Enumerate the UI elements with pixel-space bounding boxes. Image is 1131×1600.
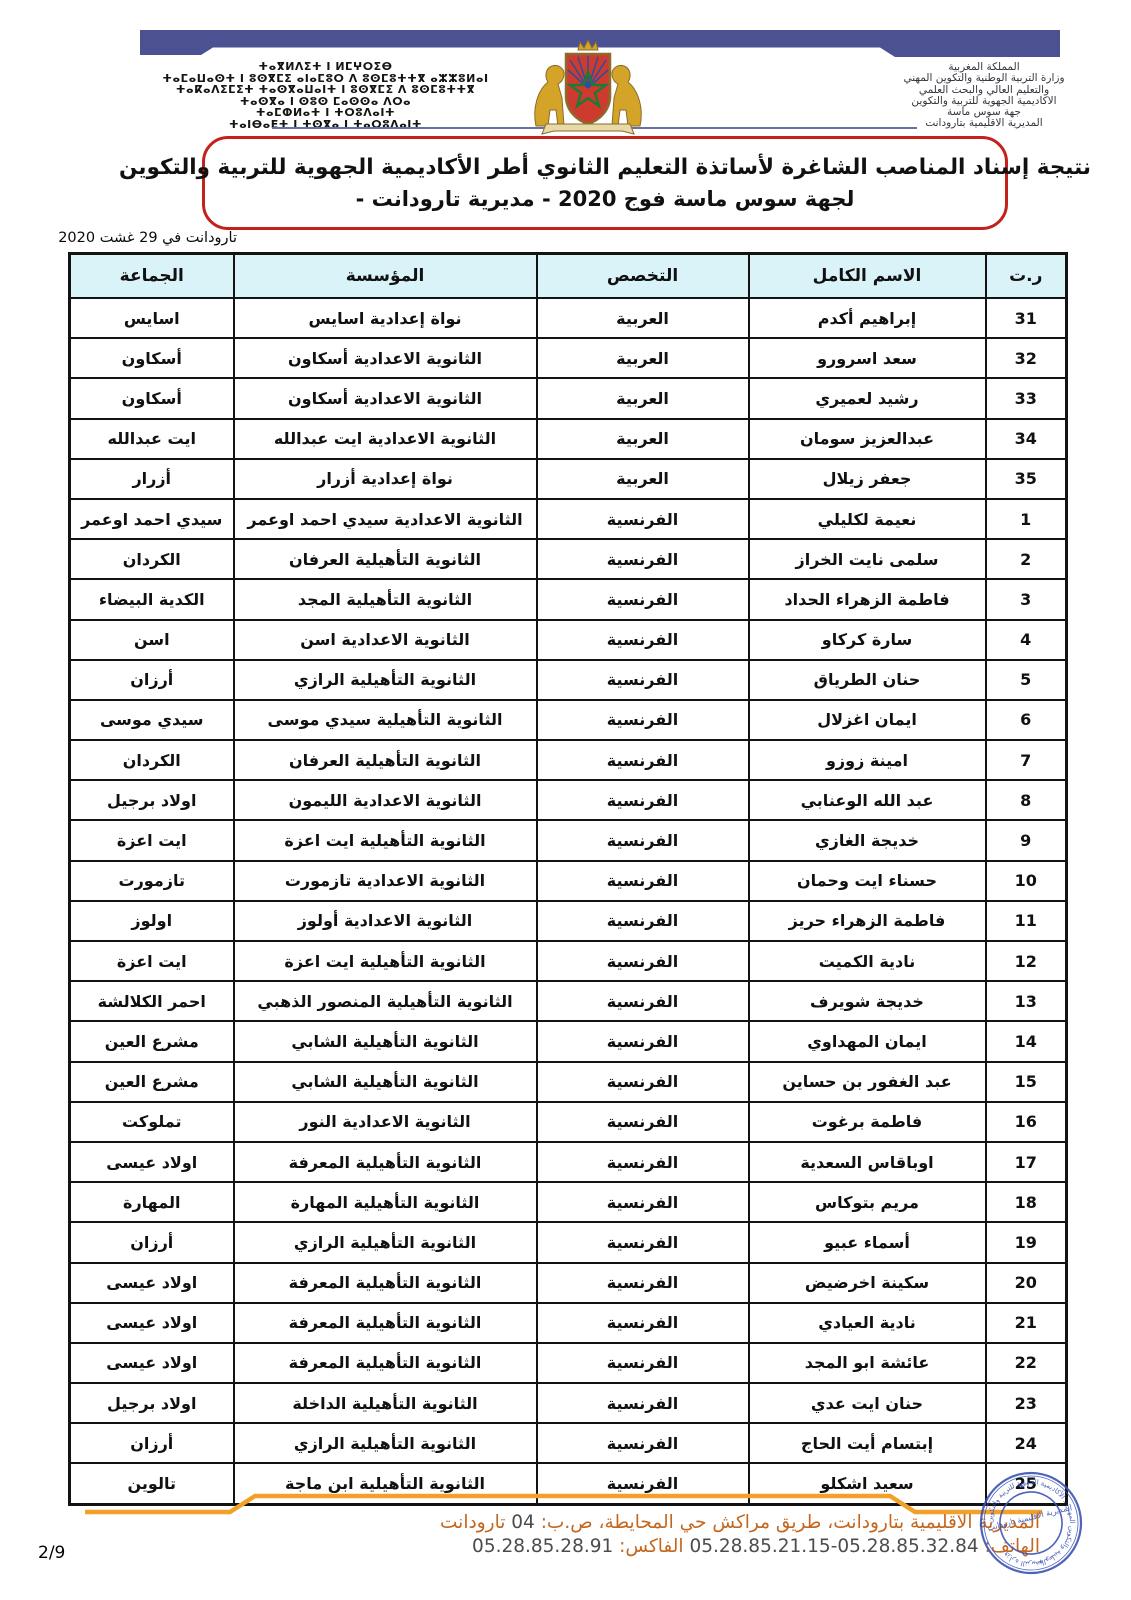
cell-specialty: الفرنسية bbox=[537, 1343, 749, 1383]
cell-num: 11 bbox=[986, 901, 1067, 941]
cell-commune: اولاد برجيل bbox=[70, 1383, 234, 1423]
table-row: 34عبدالعزيز سومانالعربيةالثانوية الاعداد… bbox=[70, 419, 1067, 459]
table-row: 11فاطمة الزهراء حريزالفرنسيةالثانوية الا… bbox=[70, 901, 1067, 941]
cell-commune: اولاد عيسى bbox=[70, 1303, 234, 1343]
cell-institution: الثانوية التأهيلية ايت اعزة bbox=[234, 941, 537, 981]
cell-commune: أسكاون bbox=[70, 338, 234, 378]
footer-box-number: 04 bbox=[511, 1512, 535, 1533]
footer-fax-label: الفاكس: bbox=[619, 1536, 683, 1557]
cell-name: إبتسام أيت الحاج bbox=[749, 1423, 986, 1463]
table-row: 5حنان الطرياقالفرنسيةالثانوية التأهيلية … bbox=[70, 660, 1067, 700]
cell-specialty: الفرنسية bbox=[537, 861, 749, 901]
cell-commune: الكدية البيضاء bbox=[70, 579, 234, 619]
cell-commune: ايت اعزة bbox=[70, 941, 234, 981]
cell-specialty: الفرنسية bbox=[537, 1383, 749, 1423]
table-row: 24إبتسام أيت الحاجالفرنسيةالثانوية التأه… bbox=[70, 1423, 1067, 1463]
table-row: 8عبد الله الوعنابيالفرنسيةالثانوية الاعد… bbox=[70, 780, 1067, 820]
cell-num: 3 bbox=[986, 579, 1067, 619]
cell-num: 7 bbox=[986, 740, 1067, 780]
cell-num: 5 bbox=[986, 660, 1067, 700]
cell-institution: الثانوية الاعدادية اسن bbox=[234, 620, 537, 660]
cell-name: جعفر زيلال bbox=[749, 459, 986, 499]
cell-institution: الثانوية التأهيلية الرازي bbox=[234, 660, 537, 700]
table-row: 20سكينة اخرضيضالفرنسيةالثانوية التأهيلية… bbox=[70, 1263, 1067, 1303]
cell-specialty: العربية bbox=[537, 419, 749, 459]
cell-num: 4 bbox=[986, 620, 1067, 660]
cell-commune: اسايس bbox=[70, 298, 234, 338]
cell-institution: الثانوية الاعدادية أسكاون bbox=[234, 378, 537, 418]
table-row: 3فاطمة الزهراء الحدادالفرنسيةالثانوية ال… bbox=[70, 579, 1067, 619]
cell-name: حنان ايت عدي bbox=[749, 1383, 986, 1423]
table-row: 17اوباقاس السعديةالفرنسيةالثانوية التأهي… bbox=[70, 1142, 1067, 1182]
cell-num: 33 bbox=[986, 378, 1067, 418]
cell-name: أسماء عبيو bbox=[749, 1222, 986, 1262]
cell-institution: الثانوية الاعدادية ايت عبدالله bbox=[234, 419, 537, 459]
table-row: 13خديجة شويرفالفرنسيةالثانوية التأهيلية … bbox=[70, 981, 1067, 1021]
table-row: 9خديجة الغازيالفرنسيةالثانوية التأهيلية … bbox=[70, 820, 1067, 860]
footer-line-shape bbox=[85, 1496, 1042, 1512]
cell-num: 10 bbox=[986, 861, 1067, 901]
cell-name: فاطمة برغوت bbox=[749, 1102, 986, 1142]
cell-num: 6 bbox=[986, 700, 1067, 740]
cell-institution: الثانوية التأهيلية المعرفة bbox=[234, 1142, 537, 1182]
cell-num: 34 bbox=[986, 419, 1067, 459]
cell-name: عبد الغفور بن حساين bbox=[749, 1062, 986, 1102]
column-header-specialty: التخصص bbox=[537, 254, 749, 299]
column-header-fullname: الاسم الكامل bbox=[749, 254, 986, 299]
cell-name: حسناء ايت وحمان bbox=[749, 861, 986, 901]
cell-institution: الثانوية التأهيلية الشابي bbox=[234, 1062, 537, 1102]
cell-num: 16 bbox=[986, 1102, 1067, 1142]
cell-specialty: الفرنسية bbox=[537, 700, 749, 740]
cell-name: سلمى نايت الخراز bbox=[749, 539, 986, 579]
cell-commune: احمر الكلالشة bbox=[70, 981, 234, 1021]
table-row: 18مريم بتوكاسالفرنسيةالثانوية التأهيلية … bbox=[70, 1182, 1067, 1222]
table-header-row: ر.ت الاسم الكامل التخصص المؤسسة الجماعة bbox=[70, 254, 1067, 299]
table-row: 7امينة زوزوالفرنسيةالثانوية التأهيلية ال… bbox=[70, 740, 1067, 780]
table-row: 33رشيد لعميريالعربيةالثانوية الاعدادية أ… bbox=[70, 378, 1067, 418]
results-table-body: 31إبراهيم أكدمالعربيةنواة إعدادية اسايسا… bbox=[70, 298, 1067, 1504]
cell-specialty: الفرنسية bbox=[537, 1222, 749, 1262]
cell-commune: أسكاون bbox=[70, 378, 234, 418]
cell-commune: ايت عبدالله bbox=[70, 419, 234, 459]
cell-num: 24 bbox=[986, 1423, 1067, 1463]
cell-commune: الكردان bbox=[70, 740, 234, 780]
table-row: 16فاطمة برغوتالفرنسيةالثانوية الاعدادية … bbox=[70, 1102, 1067, 1142]
cell-commune: أرزان bbox=[70, 660, 234, 700]
footer-address-text: المديرية الاقليمية بتارودانت، طريق مراكش… bbox=[541, 1512, 1040, 1533]
cell-name: خديجة الغازي bbox=[749, 820, 986, 860]
cell-num: 23 bbox=[986, 1383, 1067, 1423]
cell-commune: ايت اعزة bbox=[70, 820, 234, 860]
table-row: 15عبد الغفور بن حساينالفرنسيةالثانوية ال… bbox=[70, 1062, 1067, 1102]
cell-specialty: الفرنسية bbox=[537, 941, 749, 981]
column-header-number: ر.ت bbox=[986, 254, 1067, 299]
cell-commune: مشرع العين bbox=[70, 1021, 234, 1061]
table-row: 4سارة كركاوالفرنسيةالثانوية الاعدادية اس… bbox=[70, 620, 1067, 660]
table-row: 35جعفر زيلالالعربيةنواة إعدادية أزرارأزر… bbox=[70, 459, 1067, 499]
cell-num: 31 bbox=[986, 298, 1067, 338]
cell-institution: الثانوية التأهيلية الداخلة bbox=[234, 1383, 537, 1423]
table-row: 12نادية الكميتالفرنسيةالثانوية التأهيلية… bbox=[70, 941, 1067, 981]
cell-commune: المهارة bbox=[70, 1182, 234, 1222]
cell-commune: مشرع العين bbox=[70, 1062, 234, 1102]
cell-num: 32 bbox=[986, 338, 1067, 378]
cell-specialty: الفرنسية bbox=[537, 780, 749, 820]
table-row: 23حنان ايت عديالفرنسيةالثانوية التأهيلية… bbox=[70, 1383, 1067, 1423]
cell-institution: نواة إعدادية اسايس bbox=[234, 298, 537, 338]
cell-specialty: العربية bbox=[537, 378, 749, 418]
cell-institution: نواة إعدادية أزرار bbox=[234, 459, 537, 499]
footer-address-city: تارودانت bbox=[440, 1512, 505, 1533]
cell-commune: أرزان bbox=[70, 1423, 234, 1463]
cell-commune: الكردان bbox=[70, 539, 234, 579]
cell-commune: سيدي احمد اوعمر bbox=[70, 499, 234, 539]
arabic-header-line: وزارة التربية الوطنية والتكوين المهني bbox=[845, 73, 1123, 84]
cell-specialty: الفرنسية bbox=[537, 539, 749, 579]
cell-commune: سيدي موسى bbox=[70, 700, 234, 740]
cell-name: فاطمة الزهراء الحداد bbox=[749, 579, 986, 619]
footer-phone-numbers: 05.28.85.32.84-05.28.85.21.15 bbox=[689, 1536, 978, 1557]
cell-num: 2 bbox=[986, 539, 1067, 579]
cell-specialty: الفرنسية bbox=[537, 1142, 749, 1182]
cell-specialty: الفرنسية bbox=[537, 660, 749, 700]
cell-institution: الثانوية الاعدادية الليمون bbox=[234, 780, 537, 820]
cell-institution: الثانوية التأهيلية الرازي bbox=[234, 1423, 537, 1463]
cell-specialty: الفرنسية bbox=[537, 1263, 749, 1303]
cell-institution: الثانوية التأهيلية الشابي bbox=[234, 1021, 537, 1061]
document-title-box: نتيجة إسناد المناصب الشاغرة لأساتذة التع… bbox=[202, 136, 1008, 230]
cell-institution: الثانوية التأهيلية ايت اعزة bbox=[234, 820, 537, 860]
table-row: 10حسناء ايت وحمانالفرنسيةالثانوية الاعدا… bbox=[70, 861, 1067, 901]
table-row: 14ايمان المهداويالفرنسيةالثانوية التأهيل… bbox=[70, 1021, 1067, 1061]
cell-specialty: الفرنسية bbox=[537, 620, 749, 660]
table-row: 19أسماء عبيوالفرنسيةالثانوية التأهيلية ا… bbox=[70, 1222, 1067, 1262]
cell-specialty: الفرنسية bbox=[537, 1102, 749, 1142]
header-arabic-block: المملكة المغربية وزارة التربية الوطنية و… bbox=[845, 62, 1123, 130]
cell-institution: الثانوية التأهيلية المنصور الذهبي bbox=[234, 981, 537, 1021]
column-header-commune: الجماعة bbox=[70, 254, 234, 299]
cell-num: 15 bbox=[986, 1062, 1067, 1102]
cell-commune: اولوز bbox=[70, 901, 234, 941]
cell-name: نادية العيادي bbox=[749, 1303, 986, 1343]
cell-institution: الثانوية التأهيلية المهارة bbox=[234, 1182, 537, 1222]
cell-specialty: الفرنسية bbox=[537, 1182, 749, 1222]
cell-name: ايمان المهداوي bbox=[749, 1021, 986, 1061]
document-page: ⵜⴰⴳⵍⴷⵉⵜ ⵏ ⵍⵎⵖⵔⵉⴱ ⵜⴰⵎⴰⵡⴰⵙⵜ ⵏ ⵓⵙⴳⵎⵉ ⴰⵏⴰⵎⵓⵔ… bbox=[0, 0, 1131, 1600]
table-row: 21نادية العياديالفرنسيةالثانوية التأهيلي… bbox=[70, 1303, 1067, 1343]
official-stamp: وزارة التربية الوطنية والتكوين المهني ـ … bbox=[973, 1468, 1091, 1580]
cell-num: 8 bbox=[986, 780, 1067, 820]
cell-specialty: العربية bbox=[537, 338, 749, 378]
cell-num: 18 bbox=[986, 1182, 1067, 1222]
cell-name: امينة زوزو bbox=[749, 740, 986, 780]
cell-institution: الثانوية التأهيلية المجد bbox=[234, 579, 537, 619]
cell-specialty: الفرنسية bbox=[537, 1423, 749, 1463]
table-row: 2سلمى نايت الخرازالفرنسيةالثانوية التأهي… bbox=[70, 539, 1067, 579]
cell-institution: الثانوية التأهيلية العرفان bbox=[234, 539, 537, 579]
table-row: 6ايمان اغزلالالفرنسيةالثانوية التأهيلية … bbox=[70, 700, 1067, 740]
table-row: 1نعيمة لكليليالفرنسيةالثانوية الاعدادية … bbox=[70, 499, 1067, 539]
cell-institution: الثانوية التأهيلية العرفان bbox=[234, 740, 537, 780]
cell-institution: الثانوية التأهيلية المعرفة bbox=[234, 1343, 537, 1383]
cell-num: 35 bbox=[986, 459, 1067, 499]
document-date: تارودانت في 29 غشت 2020 bbox=[62, 230, 237, 246]
moroccan-coat-of-arms-icon bbox=[518, 38, 658, 142]
footer-phone-line: الهاتف: 05.28.85.32.84-05.28.85.21.15 ال… bbox=[0, 1535, 1040, 1559]
cell-institution: الثانوية الاعدادية تازمورت bbox=[234, 861, 537, 901]
cell-name: سعد اسرورو bbox=[749, 338, 986, 378]
cell-num: 1 bbox=[986, 499, 1067, 539]
cell-commune: تملوكت bbox=[70, 1102, 234, 1142]
cell-num: 13 bbox=[986, 981, 1067, 1021]
results-table: ر.ت الاسم الكامل التخصص المؤسسة الجماعة … bbox=[68, 252, 1068, 1506]
cell-name: إبراهيم أكدم bbox=[749, 298, 986, 338]
cell-name: سكينة اخرضيض bbox=[749, 1263, 986, 1303]
page-number: 2/9 bbox=[38, 1543, 65, 1563]
cell-name: ايمان اغزلال bbox=[749, 700, 986, 740]
cell-name: نعيمة لكليلي bbox=[749, 499, 986, 539]
cell-num: 14 bbox=[986, 1021, 1067, 1061]
cell-specialty: الفرنسية bbox=[537, 499, 749, 539]
cell-num: 12 bbox=[986, 941, 1067, 981]
cell-specialty: الفرنسية bbox=[537, 579, 749, 619]
table-row: 22عائشة ابو المجدالفرنسيةالثانوية التأهي… bbox=[70, 1343, 1067, 1383]
cell-num: 22 bbox=[986, 1343, 1067, 1383]
cell-institution: الثانوية الاعدادية أسكاون bbox=[234, 338, 537, 378]
cell-specialty: الفرنسية bbox=[537, 1062, 749, 1102]
cell-institution: الثانوية التأهيلية المعرفة bbox=[234, 1263, 537, 1303]
table-row: 32سعد اسروروالعربيةالثانوية الاعدادية أس… bbox=[70, 338, 1067, 378]
cell-institution: الثانوية التأهيلية سيدي موسى bbox=[234, 700, 537, 740]
cell-specialty: الفرنسية bbox=[537, 740, 749, 780]
cell-commune: اولاد برجيل bbox=[70, 780, 234, 820]
cell-name: اوباقاس السعدية bbox=[749, 1142, 986, 1182]
cell-num: 20 bbox=[986, 1263, 1067, 1303]
cell-name: خديجة شويرف bbox=[749, 981, 986, 1021]
cell-specialty: الفرنسية bbox=[537, 1021, 749, 1061]
footer-fax-number: 05.28.85.28.91 bbox=[472, 1536, 613, 1557]
cell-commune: اولاد عيسى bbox=[70, 1263, 234, 1303]
tifinagh-line: ⵜⴰⴳⵍⴷⵉⵜ ⵏ ⵍⵎⵖⵔⵉⴱ bbox=[128, 61, 523, 73]
cell-specialty: الفرنسية bbox=[537, 981, 749, 1021]
tifinagh-line: ⵜⴰⵎⵀⵍⴰⵜ ⵏ ⵜⵔⵓⴷⴰⵏⵜ bbox=[128, 107, 523, 119]
cell-name: رشيد لعميري bbox=[749, 378, 986, 418]
cell-commune: اسن bbox=[70, 620, 234, 660]
tifinagh-line: ⵜⴰⴽⴰⴷⵉⵎⵉⵜ ⵜⴰⵙⴳⴰⵡⴰⵏⵜ ⵏ ⵓⵙⴳⵎⵉ ⴷ ⵓⵙⵎⵓⵜⵜⴳ bbox=[128, 84, 523, 96]
table-row: 31إبراهيم أكدمالعربيةنواة إعدادية اسايسا… bbox=[70, 298, 1067, 338]
document-title-line1: نتيجة إسناد المناصب الشاغرة لأساتذة التع… bbox=[119, 155, 1091, 180]
cell-specialty: الفرنسية bbox=[537, 901, 749, 941]
document-title-line2: لجهة سوس ماسة فوج 2020 - مديرية تارودانت… bbox=[356, 187, 855, 211]
cell-num: 19 bbox=[986, 1222, 1067, 1262]
cell-commune: أزرار bbox=[70, 459, 234, 499]
cell-name: حنان الطرياق bbox=[749, 660, 986, 700]
cell-commune: أرزان bbox=[70, 1222, 234, 1262]
cell-institution: الثانوية الاعدادية النور bbox=[234, 1102, 537, 1142]
cell-commune: اولاد عيسى bbox=[70, 1142, 234, 1182]
cell-specialty: الفرنسية bbox=[537, 820, 749, 860]
cell-name: مريم بتوكاس bbox=[749, 1182, 986, 1222]
cell-institution: الثانوية التأهيلية الرازي bbox=[234, 1222, 537, 1262]
cell-num: 21 bbox=[986, 1303, 1067, 1343]
cell-name: فاطمة الزهراء حريز bbox=[749, 901, 986, 941]
cell-name: عبدالعزيز سومان bbox=[749, 419, 986, 459]
cell-specialty: العربية bbox=[537, 459, 749, 499]
cell-commune: تازمورت bbox=[70, 861, 234, 901]
column-header-institution: المؤسسة bbox=[234, 254, 537, 299]
cell-specialty: الفرنسية bbox=[537, 1303, 749, 1343]
cell-institution: الثانوية التأهيلية المعرفة bbox=[234, 1303, 537, 1343]
cell-name: نادية الكميت bbox=[749, 941, 986, 981]
cell-name: عائشة ابو المجد bbox=[749, 1343, 986, 1383]
cell-institution: الثانوية الاعدادية أولوز bbox=[234, 901, 537, 941]
cell-num: 9 bbox=[986, 820, 1067, 860]
cell-name: عبد الله الوعنابي bbox=[749, 780, 986, 820]
cell-specialty: العربية bbox=[537, 298, 749, 338]
cell-name: سارة كركاو bbox=[749, 620, 986, 660]
header-tifinagh-block: ⵜⴰⴳⵍⴷⵉⵜ ⵏ ⵍⵎⵖⵔⵉⴱ ⵜⴰⵎⴰⵡⴰⵙⵜ ⵏ ⵓⵙⴳⵎⵉ ⴰⵏⴰⵎⵓⵔ… bbox=[128, 61, 523, 130]
footer-contact-block: المديرية الاقليمية بتارودانت، طريق مراكش… bbox=[0, 1511, 1040, 1558]
stamp-center-text: المديرية الاقليمية تارودانت bbox=[986, 1503, 1073, 1533]
cell-commune: اولاد عيسى bbox=[70, 1343, 234, 1383]
footer-address-line: المديرية الاقليمية بتارودانت، طريق مراكش… bbox=[0, 1511, 1040, 1535]
cell-num: 17 bbox=[986, 1142, 1067, 1182]
cell-institution: الثانوية الاعدادية سيدي احمد اوعمر bbox=[234, 499, 537, 539]
